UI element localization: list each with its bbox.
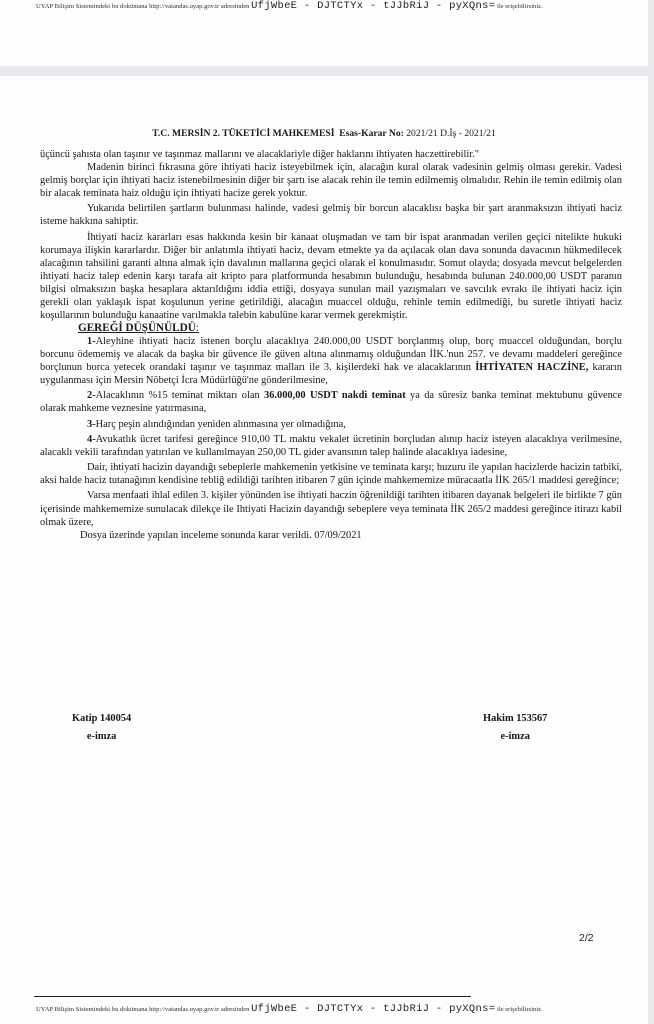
clerk-signature: Katip 140054 e-imza — [72, 710, 131, 746]
document-body: üçüncü şahısta olan taşınır ve taşınmaz … — [40, 148, 622, 542]
verification-suffix: ile erişebilirsiniz. — [497, 1006, 543, 1013]
paragraph-decision-date: Dosya üzerinde yapılan inceleme sonunda … — [40, 529, 622, 542]
document-header: T.C. MERSİN 2. TÜKETİCİ MAHKEMESİ Esas-K… — [0, 128, 648, 139]
footer-divider — [34, 996, 471, 997]
verification-prefix: UYAP Bilişim Sistemindeki bu dokümana ht… — [36, 3, 249, 10]
page-number: 2/2 — [579, 932, 594, 944]
paragraph: Madenin birinci fıkrasına göre ihtiyati … — [40, 161, 622, 200]
document-page: T.C. MERSİN 2. TÜKETİCİ MAHKEMESİ Esas-K… — [0, 76, 648, 1024]
judge-esignature: e-imza — [483, 728, 547, 746]
paragraph-dair: Dair, ihtiyati hacizin dayandığı sebeple… — [40, 461, 622, 487]
paragraph: üçüncü şahısta olan taşınır ve taşınmaz … — [40, 148, 622, 161]
decision-item-3: 3-Harç peşin alındığından yeniden alınma… — [40, 418, 622, 431]
decision-item-4: 4-Avukatlık ücret tarifesi gereğince 910… — [40, 433, 622, 459]
court-name: T.C. MERSİN 2. TÜKETİCİ MAHKEMESİ — [152, 128, 334, 139]
verification-line-bottom: UYAP Bilişim Sistemindeki bu dokümana ht… — [36, 1003, 543, 1015]
case-number: 2021/21 D.İş - 2021/21 — [406, 128, 496, 139]
decision-heading: GEREĞİ DÜŞÜNÜLDÜ: — [78, 322, 622, 335]
previous-page-fragment: UYAP Bilişim Sistemindeki bu dokümana ht… — [0, 0, 648, 66]
decision-item-1: 1-Aleyhine ihtiyati haciz istenen borçlu… — [40, 335, 622, 387]
clerk-esignature: e-imza — [72, 728, 131, 746]
judge-title: Hakim 153567 — [483, 710, 547, 728]
verification-code: UfjWbeE - DJTCTYx - tJJbRiJ - pyXQns= — [251, 0, 495, 12]
paragraph-varsa: Varsa menfaati ihlal edilen 3. kişiler y… — [40, 489, 622, 528]
case-number-label: Esas-Karar No: — [339, 128, 404, 139]
judge-signature: Hakim 153567 e-imza — [483, 710, 547, 746]
verification-code: UfjWbeE - DJTCTYx - tJJbRiJ - pyXQns= — [251, 1003, 495, 1015]
verification-prefix: UYAP Bilişim Sistemindeki bu dokümana ht… — [36, 1006, 249, 1013]
clerk-title: Katip 140054 — [72, 710, 131, 728]
paragraph: Yukarıda belirtilen şartların bulunması … — [40, 202, 622, 228]
decision-item-2: 2-Alacaklının %15 teminat miktarı olan 3… — [40, 389, 622, 415]
paragraph: İhtiyati haciz kararları esas hakkında k… — [40, 231, 622, 322]
verification-line-top: UYAP Bilişim Sistemindeki bu dokümana ht… — [36, 0, 543, 12]
verification-suffix: ile erişebilirsiniz. — [497, 3, 543, 10]
